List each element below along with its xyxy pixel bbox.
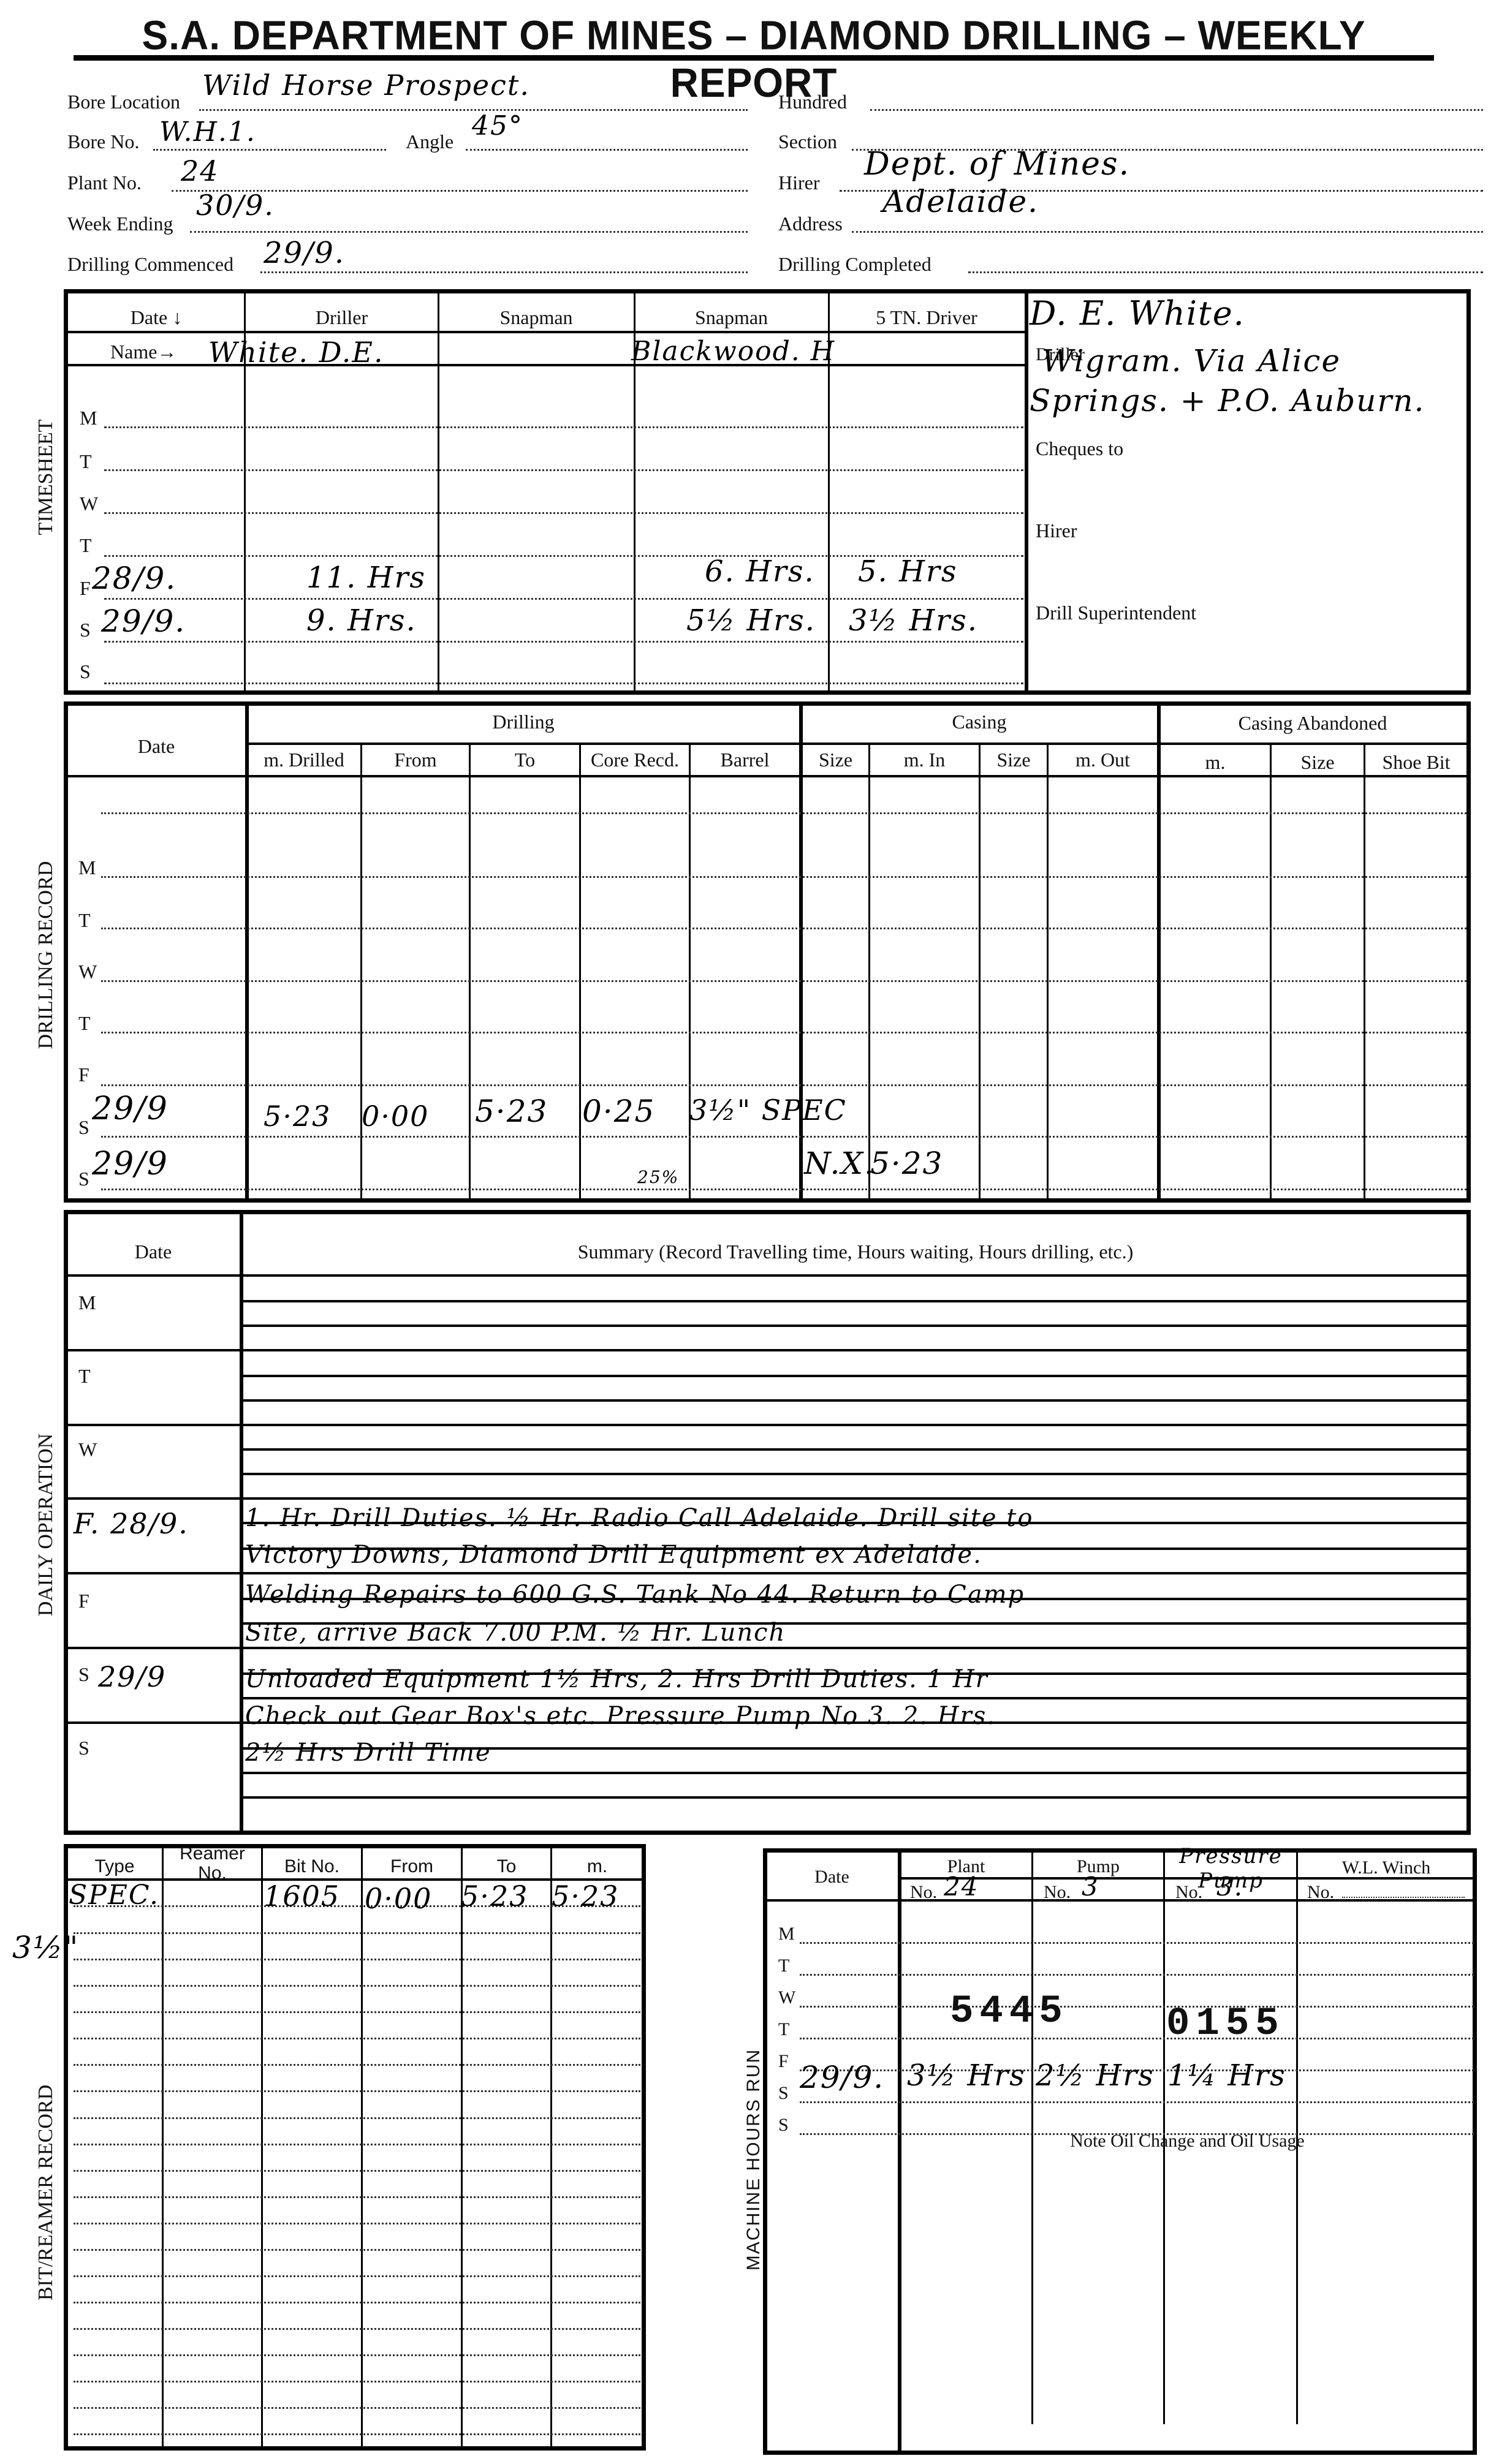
daily-entry-1-line-2[interactable]: Victory Downs, Diamond Drill Equipment e… (245, 1541, 982, 1569)
daily-entry-date-2[interactable]: 29/9 (98, 1660, 166, 1693)
col-line (579, 743, 581, 1201)
row-dots (74, 2302, 640, 2303)
bit-from-value[interactable]: 0·00 (365, 1882, 432, 1915)
row-dots (74, 2381, 640, 2383)
row-dots (74, 2196, 640, 2198)
timesheet-driller-f[interactable]: 11. Hrs (306, 561, 426, 595)
bit-m-value[interactable]: 5·23 (552, 1880, 619, 1913)
drilling-to[interactable]: 5·23 (475, 1094, 548, 1129)
col-line (461, 1848, 463, 2448)
pump-no-value[interactable]: 3 (1082, 1872, 1099, 1902)
col-header-casing-size-out: Size (981, 749, 1047, 771)
drilling-completed-line (968, 271, 1483, 273)
oil-change-note: Note Oil Change and Oil Usage (901, 2131, 1474, 2152)
drilling-completed-label: Drilling Completed (778, 253, 931, 276)
driller-signature[interactable]: D. E. White. (1030, 294, 1245, 333)
drilling-core-recd-pct[interactable]: 25% (637, 1167, 679, 1187)
week-ending-value[interactable]: 30/9. (196, 189, 275, 222)
ruled-line (242, 1772, 1468, 1774)
angle-label: Angle (406, 130, 453, 153)
drilling-date-row-1[interactable]: 29/9 (92, 1090, 169, 1127)
day-label: T (80, 450, 92, 473)
row-line (67, 1572, 1467, 1574)
row-dots (101, 1084, 1466, 1086)
summary-header: Summary (Record Travelling time, Hours w… (243, 1241, 1468, 1263)
daily-operation-side-label: DAILY OPERATION (34, 1418, 58, 1632)
row-dots (74, 2064, 640, 2066)
row-dots (104, 426, 1023, 428)
row-line (67, 1424, 1467, 1426)
day-label: S (778, 2083, 789, 2104)
row-dots (101, 1189, 1466, 1190)
mh-date-value[interactable]: 29/9. (800, 2060, 884, 2095)
row-line (67, 1647, 1467, 1649)
ruled-line (242, 1375, 1468, 1377)
day-label: S (78, 1168, 89, 1190)
day-label: F (80, 577, 91, 600)
col-header-bit-m: m. (552, 1856, 642, 1877)
day-label: S (778, 2115, 789, 2136)
col-line (689, 743, 691, 1201)
timesheet-driver-f[interactable]: 5. Hrs (858, 554, 958, 589)
day-label: T (778, 1956, 789, 1976)
hirer-sign-label: Hirer (1036, 520, 1077, 542)
col-header-date: Date ↓ (67, 306, 245, 329)
row-dots (800, 2101, 1474, 2103)
col-header-bit-no: Bit No. (263, 1856, 361, 1877)
hundred-label: Hundred (778, 91, 847, 113)
day-label: T (778, 2019, 789, 2040)
bit-no-value[interactable]: 1605 (264, 1880, 340, 1913)
day-label: T (78, 1012, 91, 1035)
col-header-driller: Driller (245, 306, 438, 329)
daily-entry-1-line-4[interactable]: Site, arrive Back 7.00 P.M. ½ Hr. Lunch (245, 1619, 786, 1647)
casing-group-header: Casing (802, 711, 1157, 733)
bore-location-value[interactable]: Wild Horse Prospect. (202, 69, 530, 102)
col-header-to: To (471, 749, 579, 771)
bit-reamer-table (64, 1844, 646, 2451)
timesheet-snapman2-s[interactable]: 5½ Hrs. (686, 603, 816, 638)
bore-no-value[interactable]: W.H.1. (159, 116, 256, 148)
day-label: W (78, 961, 97, 983)
angle-value[interactable]: 45° (472, 110, 523, 142)
casing-size[interactable]: N.X. (804, 1146, 875, 1181)
col-line (1270, 743, 1272, 1201)
row-dots (74, 2328, 640, 2330)
driller-name[interactable]: White. D.E. (208, 336, 384, 369)
day-label: S (80, 619, 91, 641)
bit-to-value[interactable]: 5·23 (461, 1880, 528, 1913)
row-dots (101, 812, 1466, 814)
winch-no-line (1342, 1897, 1465, 1898)
day-label: T (78, 909, 91, 932)
col-line (1157, 705, 1161, 1201)
drilling-record-side-label: DRILLING RECORD (34, 848, 58, 1062)
daily-date-header: Date (67, 1241, 239, 1263)
timesheet-snapman2-f[interactable]: 6. Hrs. (705, 554, 815, 589)
row-dots (74, 2170, 640, 2172)
daily-entry-2-line-3[interactable]: 2½ Hrs Drill Time (245, 1739, 491, 1767)
ruled-line (242, 1473, 1468, 1475)
drilling-from[interactable]: 0·00 (362, 1100, 429, 1133)
row-dots (101, 980, 1466, 982)
day-label: M (778, 1924, 795, 1944)
bit-reamer-side-label: BIT/REAMER RECORD (34, 2079, 58, 2306)
day-label: T (78, 1365, 91, 1388)
col-line (261, 1848, 263, 2448)
day-label: F (78, 1590, 89, 1612)
row-line (766, 1899, 1474, 1902)
angle-line (466, 149, 748, 151)
daily-entry-2-line-1[interactable]: Unloaded Equipment 1½ Hrs, 2. Hrs Drill … (245, 1665, 988, 1693)
drill-superintendent-label: Drill Superintendent (1036, 602, 1196, 624)
col-header-type: Type (67, 1856, 162, 1877)
pressure-pump-no-value[interactable]: 3. (1216, 1872, 1243, 1902)
row-line (248, 743, 1467, 745)
row-line (67, 1274, 1467, 1277)
col-line (361, 1848, 363, 2448)
day-label: T (80, 534, 92, 557)
ruled-line (242, 1325, 1468, 1327)
day-label: F (78, 1064, 89, 1086)
hirer-label: Hirer (778, 172, 820, 194)
col-header-casing-size-in: Size (803, 749, 868, 771)
col-line (245, 705, 249, 1201)
plant-no-value[interactable]: 24 (181, 154, 219, 187)
driller-address-line-1[interactable]: Wigram. Via Alice (1042, 343, 1341, 379)
day-label: S (80, 660, 91, 683)
mh-pressure-pump-hours[interactable]: 1¼ Hrs (1167, 2058, 1286, 2093)
ruled-line (242, 1300, 1468, 1302)
row-dots (101, 928, 1466, 929)
col-header-reamer-no: Reamer No. (164, 1844, 261, 1883)
drilling-date-header: Date (67, 735, 245, 758)
bore-location-label: Bore Location (67, 91, 180, 113)
col-line (162, 1848, 164, 2448)
row-dots (74, 2117, 640, 2119)
daily-entry-date-1[interactable]: F. 28/9. (74, 1507, 189, 1540)
drilling-core-recd[interactable]: 0·25 (582, 1094, 655, 1129)
col-header-abandoned-m: m. (1161, 751, 1270, 774)
day-label: S (78, 1663, 89, 1686)
bit-type-value[interactable]: SPEC. (69, 1880, 159, 1911)
row-dots (101, 876, 1466, 878)
day-label: M (78, 856, 96, 879)
row-dots (74, 2090, 640, 2092)
row-dots (800, 2006, 1474, 2008)
day-label: F (778, 2051, 789, 2072)
col-header-from: From (362, 749, 469, 771)
address-value[interactable]: Adelaide. (882, 184, 1039, 219)
row-dots (74, 2433, 640, 2435)
row-dots (101, 1136, 1466, 1138)
day-label: S (78, 1116, 89, 1139)
pressure-pump-no-label: No. (1175, 1882, 1202, 1903)
row-dots (104, 469, 1023, 471)
col-header-wl-winch: W.L. Winch (1298, 1857, 1474, 1878)
row-line (67, 1497, 1467, 1500)
day-label: M (80, 407, 97, 429)
plant-no-label: Plant No. (67, 172, 142, 194)
casing-abandoned-group-header: Casing Abandoned (1159, 712, 1466, 735)
col-header-snapman-1: Snapman (439, 306, 634, 329)
timesheet-date-f[interactable]: 28/9. (92, 561, 176, 596)
col-header-bit-to: To (463, 1856, 550, 1877)
row-dots (74, 2407, 640, 2409)
day-label: M (78, 1291, 96, 1314)
machine-hours-side-label: MACHINE HOURS RUN (743, 2037, 764, 2282)
ruled-line (242, 1448, 1468, 1451)
day-label: W (80, 493, 98, 515)
daily-entry-2-line-2[interactable]: Check out Gear Box's etc. Pressure Pump … (245, 1702, 996, 1730)
row-dots (74, 2275, 640, 2277)
timesheet-driller-s[interactable]: 9. Hrs. (306, 603, 417, 638)
pressure-pump-hour-meter-stamp: 0155 (1166, 2002, 1285, 2046)
snapman-2-name[interactable]: Blackwood. H (631, 336, 835, 367)
drilling-barrel[interactable]: 3½" SPEC (689, 1094, 847, 1127)
day-label: W (778, 1987, 795, 2008)
timesheet-side-label: TIMESHEET (34, 385, 58, 569)
drilling-commenced-value[interactable]: 29/9. (264, 236, 345, 270)
mh-pump-hours[interactable]: 2½ Hrs (1036, 2058, 1155, 2093)
col-header-m-drilled: m. Drilled (248, 749, 360, 771)
week-ending-line (190, 231, 748, 233)
section-label: Section (778, 130, 837, 153)
pump-no-label: No. (1044, 1882, 1071, 1903)
drilling-group-header: Drilling (248, 711, 799, 733)
timesheet-date-s[interactable]: 29/9. (101, 603, 186, 639)
daily-entry-1-line-3[interactable]: Welding Repairs to 600 G.S. Tank No 44. … (245, 1581, 1025, 1609)
cheques-to-label: Cheques to (1036, 437, 1123, 460)
col-header-m-out: m. Out (1049, 749, 1157, 771)
row-line (67, 1349, 1467, 1351)
hirer-value[interactable]: Dept. of Mines. (864, 146, 1130, 183)
bore-no-label: Bore No. (67, 130, 139, 153)
daily-entry-1-line-1[interactable]: 1. Hr. Drill Duties. ½ Hr. Radio Call Ad… (245, 1504, 1033, 1532)
ruled-line (242, 1796, 1468, 1799)
machine-hours-table (763, 1848, 1477, 2455)
row-dots (74, 2223, 640, 2224)
winch-no-label: No. (1307, 1882, 1334, 1903)
driller-address-line-2[interactable]: Springs. + P.O. Auburn. (1030, 383, 1425, 418)
mh-date-header: Date (766, 1867, 898, 1888)
mh-plant-hours[interactable]: 3½ Hrs (907, 2058, 1026, 2093)
drilling-commenced-label: Drilling Commenced (67, 253, 233, 276)
plant-no-value[interactable]: 24 (944, 1872, 979, 1902)
row-dots (800, 1942, 1474, 1944)
row-dots (101, 1032, 1466, 1034)
timesheet-driver-s[interactable]: 3½ Hrs. (849, 603, 978, 638)
row-dots (74, 2144, 640, 2145)
row-dots (74, 2354, 640, 2356)
plant-no-label: No. (910, 1882, 937, 1903)
col-line (1364, 743, 1365, 1201)
address-line (852, 231, 1483, 233)
row-dots (74, 2249, 640, 2251)
row-dots (800, 1974, 1474, 1976)
col-header-snapman-2: Snapman (635, 306, 828, 329)
row-dots (74, 1985, 640, 1987)
row-dots (104, 512, 1023, 514)
col-header-barrel: Barrel (691, 749, 799, 771)
plant-hour-meter-stamp: 5445 (950, 1990, 1069, 2034)
ruled-line (242, 1399, 1468, 1402)
drilling-m-drilled[interactable]: 5·23 (264, 1100, 331, 1133)
casing-m-in[interactable]: 5·23 (870, 1146, 943, 1181)
row-dots (74, 1932, 640, 1934)
col-line (438, 293, 439, 691)
address-label: Address (778, 213, 843, 235)
row-dots (104, 598, 1023, 600)
col-header-core-recd: Core Recd. (581, 749, 689, 771)
day-label: W (78, 1438, 97, 1461)
col-header-abandoned-size: Size (1272, 751, 1364, 774)
col-header-m-in: m. In (870, 749, 979, 771)
col-line (1047, 743, 1049, 1201)
title-divider (74, 55, 1434, 61)
drilling-commenced-line (260, 271, 748, 273)
col-line (550, 1848, 552, 2448)
hundred-line (870, 109, 1483, 111)
col-line (898, 1851, 901, 2452)
row-dots (74, 2038, 640, 2039)
col-header-5tn-driver: 5 TN. Driver (829, 306, 1024, 329)
bore-no-line (153, 149, 386, 151)
row-line (67, 775, 1467, 777)
name-row-label: Name→ (110, 341, 176, 363)
day-label: S (78, 1737, 89, 1759)
col-header-bit-from: From (363, 1856, 461, 1877)
col-header-shoe-bit: Shoe Bit (1365, 751, 1467, 774)
drilling-date-row-2[interactable]: 29/9 (92, 1146, 169, 1182)
week-ending-label: Week Ending (67, 213, 173, 235)
col-line (868, 743, 870, 1201)
col-line (979, 743, 981, 1201)
ruled-line (242, 1697, 1468, 1699)
row-dots (104, 682, 1023, 684)
row-line (67, 331, 1025, 333)
row-dots (74, 1959, 640, 1960)
row-dots (104, 641, 1023, 643)
col-line (469, 743, 471, 1201)
row-dots (74, 2011, 640, 2013)
row-dots (800, 2038, 1474, 2039)
timesheet-divider (1025, 291, 1028, 692)
